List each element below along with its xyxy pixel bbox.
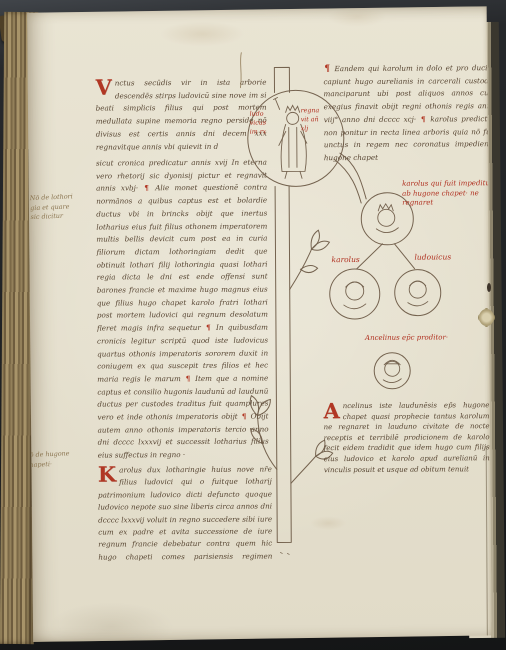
right-column-paragraph-1: ¶ Eandem qui karolum in dolo et pro duci…	[323, 62, 496, 165]
right-column-paragraph-2: Ancelinus iste laudunēsis ep̄s hugone ch…	[323, 400, 490, 497]
manuscript-page: Nō de lothori gia et quare sic dicitur n…	[27, 6, 492, 642]
caption-karolus-impeditus: karolus qui fuit impeditus ab hugone cha…	[402, 179, 494, 208]
label-ancelinus: Ancelinus ep̄c proditor·	[365, 333, 485, 342]
roundel-ancelinus	[374, 353, 410, 389]
top-roundel-label-right: regna vit añ xlj	[301, 106, 335, 133]
branch-to-sons	[356, 244, 414, 269]
margin-note-line: chapeti·	[26, 458, 88, 470]
text-segment: nctus secūdis vir in ista arborie descen…	[96, 78, 267, 152]
rubric-initial-V: V	[95, 78, 111, 96]
tree-stem-top	[274, 67, 289, 92]
roundel-karolus	[330, 269, 380, 319]
rubric-line: vit añ	[301, 115, 335, 124]
left-column-paragraph-3: Karolus dux lotharingie huius nove nr̄e …	[98, 464, 273, 563]
pilcrow-mark: ¶	[323, 64, 331, 74]
roundel-ludovicus-son	[395, 269, 441, 315]
margin-note-hugo: nō de hugone chapeti·	[25, 449, 88, 471]
left-column-paragraph-2: sicut cronica predicatur annis xvij In e…	[96, 157, 269, 465]
rubric-initial-A: A	[323, 402, 339, 420]
rubric-initial-K: K	[98, 465, 116, 483]
label-ludovicus: ludouicus	[414, 252, 451, 261]
margin-note-lothringia: Nō de lothori gia et quare sic dicitur	[30, 192, 93, 223]
edge-speck	[487, 283, 491, 292]
margin-note-line: sic dicitur	[30, 211, 92, 223]
label-karolus: karolus	[332, 255, 360, 264]
left-column-paragraph-1: Vnctus secūdis vir in ista arborie desce…	[95, 77, 266, 158]
manuscript-photo: Nō de lothori gia et quare sic dicitur n…	[0, 0, 506, 650]
leaf-sprig-upper	[289, 230, 329, 289]
rubric-line: im rx	[250, 127, 280, 136]
pilcrow-mark: ¶	[241, 412, 248, 421]
rubric-line: ludo	[250, 109, 280, 118]
tree-stem	[275, 186, 291, 542]
pilcrow-mark: ¶	[185, 374, 192, 383]
fore-edge-tab	[479, 309, 494, 326]
text-segment: arolus dux lotharingie huius nove nr̄e f…	[98, 465, 272, 563]
pilcrow-mark: ¶	[143, 184, 150, 193]
rubric-line: vicus	[250, 118, 280, 127]
pilcrow-mark: ¶	[420, 114, 427, 123]
text-segment: ncelinus iste laudunēsis ep̄s hugone cha…	[324, 401, 490, 474]
text-segment: Alie monet questionē contra normānos a q…	[96, 183, 268, 333]
rubric-line: regna	[301, 106, 335, 115]
top-roundel-label-left: ludo vicus im rx	[250, 109, 280, 136]
pilcrow-mark: ¶	[205, 323, 212, 332]
rubric-line: xlj	[301, 124, 335, 133]
